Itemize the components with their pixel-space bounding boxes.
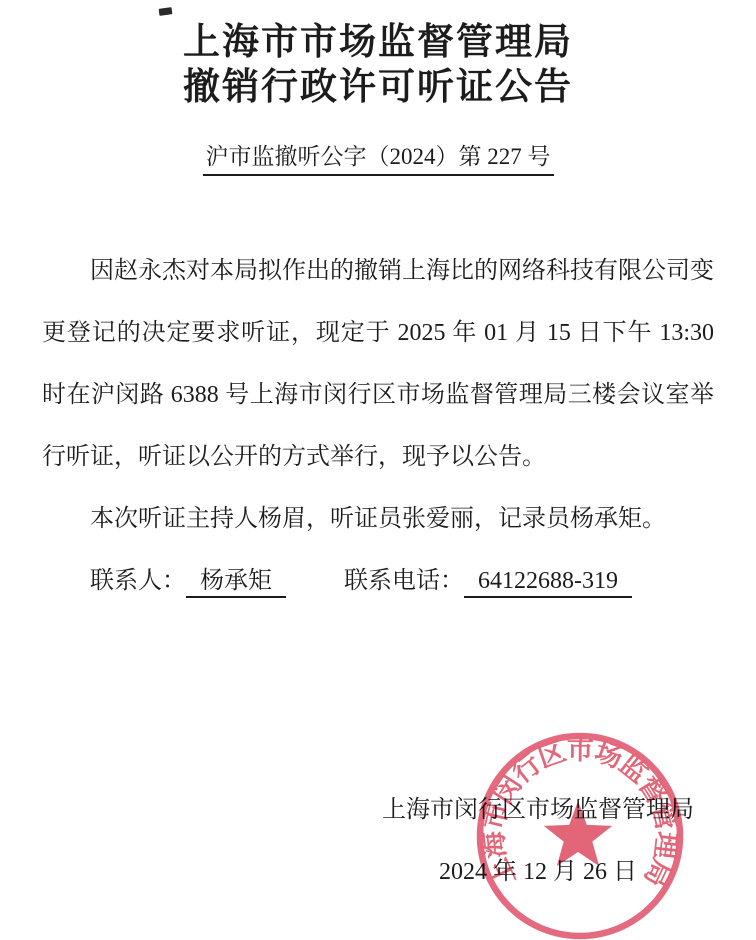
title-line-1: 上海市市场监督管理局 xyxy=(0,20,756,65)
body-paragraph-2: 本次听证主持人杨眉，听证员张爱丽，记录员杨承矩。 xyxy=(42,488,714,550)
contact-person-label: 联系人： xyxy=(90,568,186,594)
contact-phone-value: 64122688-319 xyxy=(464,568,632,598)
contact-person-value: 杨承矩 xyxy=(186,568,286,598)
signature-block: 上海市闵行区市场监督管理局 2024 年 12 月 26 日 xyxy=(382,779,694,903)
body-paragraph-1: 因赵永杰对本局拟作出的撤销上海比的网络科技有限公司变更登记的决定要求听证，现定于… xyxy=(42,240,714,488)
signature-date: 2024 年 12 月 26 日 xyxy=(382,841,694,903)
document-body: 因赵永杰对本局拟作出的撤销上海比的网络科技有限公司变更登记的决定要求听证，现定于… xyxy=(42,240,714,612)
page-title: 上海市市场监督管理局 撤销行政许可听证公告 xyxy=(0,20,756,110)
document-number-text: 沪市监撤听公字（2024）第 227 号 xyxy=(203,144,554,176)
contact-line: 联系人：杨承矩联系电话：64122688-319 xyxy=(42,550,714,612)
announcement-page: 上海市市场监督管理局 撤销行政许可听证公告 沪市监撤听公字（2024）第 227… xyxy=(0,0,756,940)
document-number: 沪市监撤听公字（2024）第 227 号 xyxy=(0,142,756,172)
title-line-2: 撤销行政许可听证公告 xyxy=(0,65,756,110)
signature-agency: 上海市闵行区市场监督管理局 xyxy=(382,779,694,841)
contact-phone-label: 联系电话： xyxy=(344,568,464,594)
scan-artifact xyxy=(159,7,173,16)
